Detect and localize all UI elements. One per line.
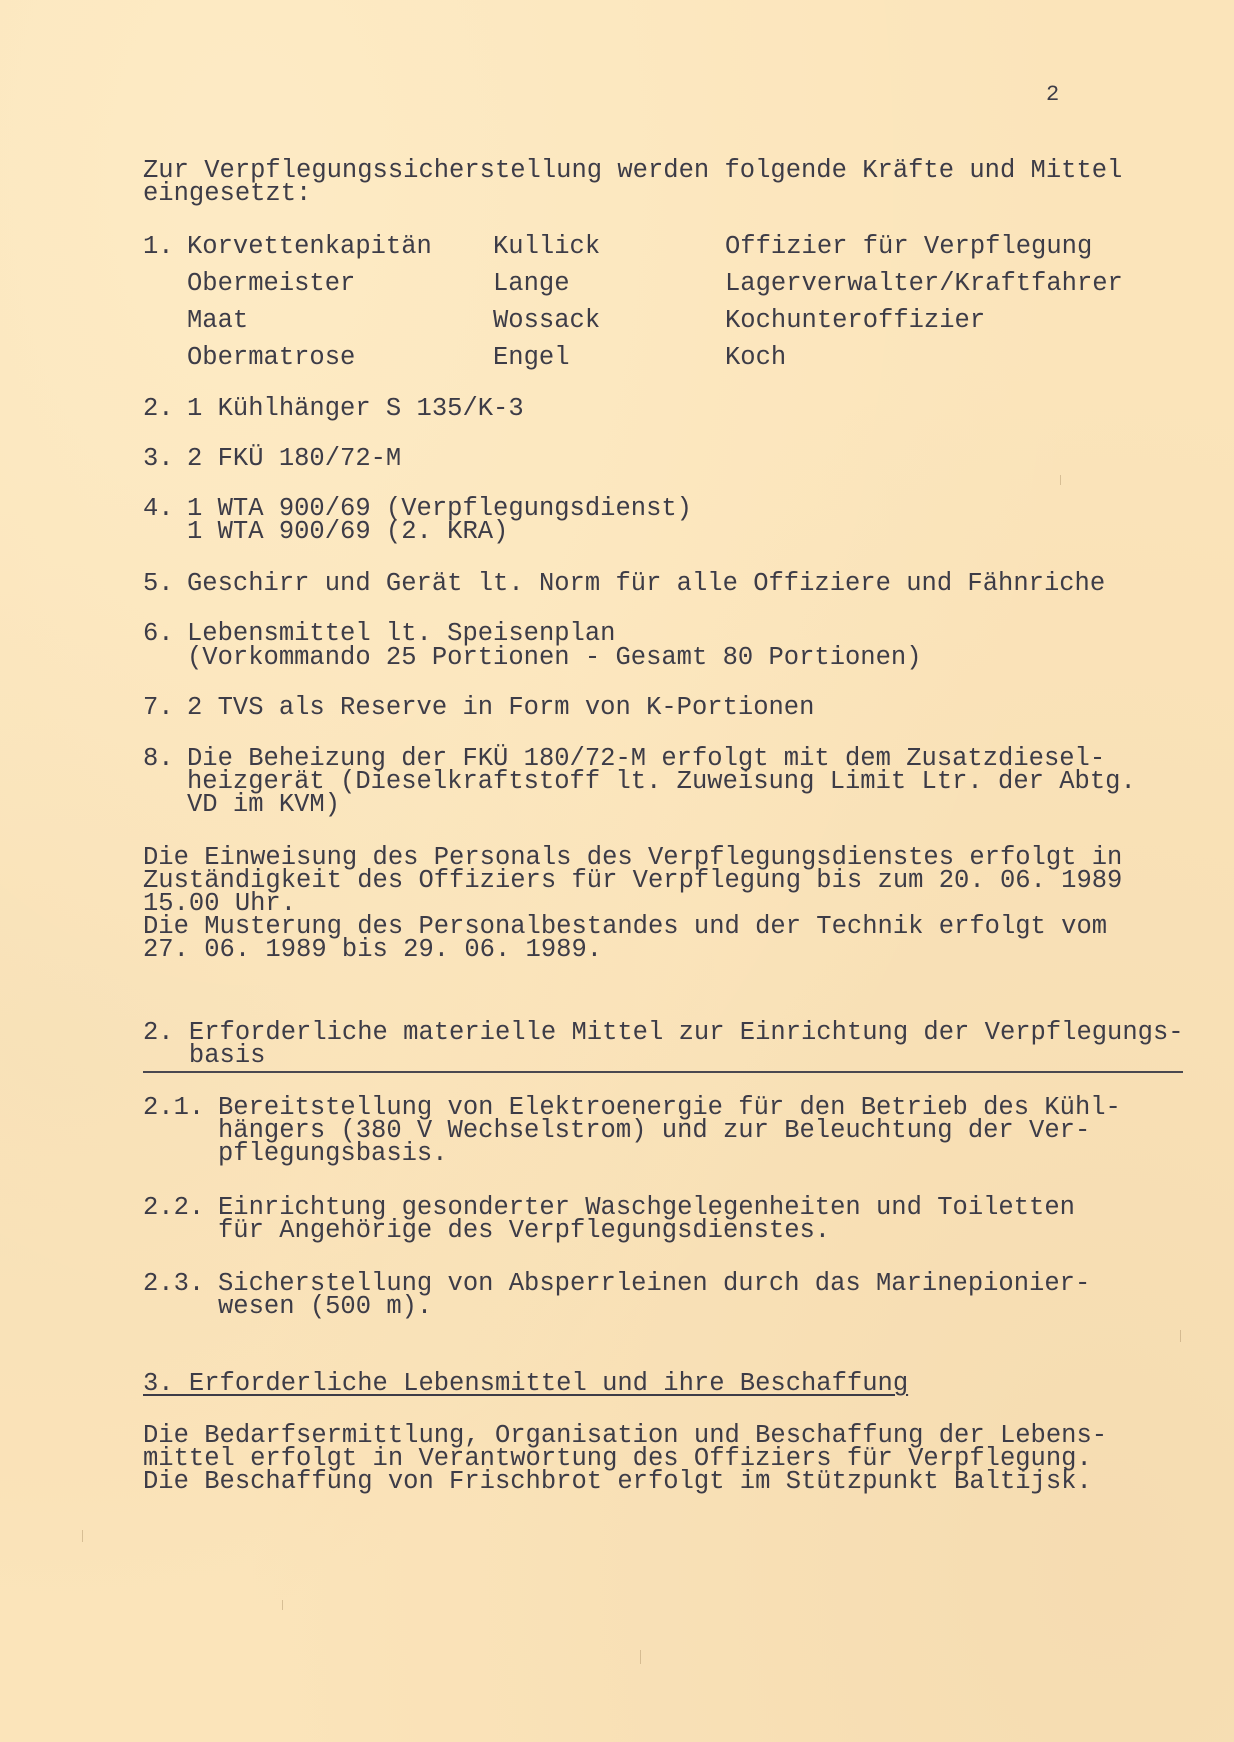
list-item-text: 1 WTA 900/69 (2. KRA) (187, 520, 508, 543)
personnel-rank: Maat (187, 309, 248, 332)
personnel-name: Engel (493, 346, 570, 369)
personnel-role: Koch (725, 346, 786, 369)
heading-line: 2. Erforderliche materielle Mittel zur E… (143, 1021, 1184, 1044)
paper-speck (82, 1530, 83, 1542)
paragraph-line: 27. 06. 1989 bis 29. 06. 1989. (143, 938, 602, 961)
list-item-number: 6. (143, 622, 174, 645)
paper-speck (1180, 1330, 1181, 1342)
personnel-rank: Obermeister (187, 272, 355, 295)
paper-speck (1060, 475, 1061, 485)
list-item-text: wesen (500 m). (218, 1295, 432, 1318)
personnel-number: 1. (143, 235, 174, 258)
list-item-text: Geschirr und Gerät lt. Norm für alle Off… (187, 572, 1105, 595)
list-item-number: 3. (143, 447, 174, 470)
page-number: 2 (1046, 82, 1059, 107)
paper-speck (282, 1600, 283, 1610)
list-item-text: 1 Kühlhänger S 135/K-3 (187, 397, 524, 420)
personnel-name: Kullick (493, 235, 600, 258)
list-item-text: für Angehörige des Verpflegungsdienstes. (218, 1219, 830, 1242)
paragraph-line: Die Beschaffung von Frischbrot erfolgt i… (143, 1470, 1092, 1493)
list-item-number: 7. (143, 696, 174, 719)
heading-line: basis (143, 1044, 265, 1067)
section-2-underline (143, 1071, 1183, 1073)
list-item-number: 5. (143, 572, 174, 595)
list-item-number: 8. (143, 747, 174, 770)
list-item-text: (Vorkommando 25 Portionen - Gesamt 80 Po… (187, 646, 922, 669)
list-item-number: 4. (143, 497, 174, 520)
personnel-name: Wossack (493, 309, 600, 332)
list-item-number: 2.3. (143, 1272, 204, 1295)
list-item-number: 2. (143, 397, 174, 420)
list-item-number: 2.1. (143, 1096, 204, 1119)
list-item-number: 2.2. (143, 1196, 204, 1219)
personnel-rank: Obermatrose (187, 346, 355, 369)
intro-line-2: eingesetzt: (143, 182, 311, 205)
personnel-role: Offizier für Verpflegung (725, 235, 1092, 258)
list-item-text: 2 FKÜ 180/72-M (187, 447, 401, 470)
personnel-role: Lagerverwalter/Kraftfahrer (725, 272, 1123, 295)
list-item-text: Lebensmittel lt. Speisenplan (187, 622, 615, 645)
personnel-name: Lange (493, 272, 570, 295)
section-3-heading: 3. Erforderliche Lebensmittel und ihre B… (143, 1372, 908, 1395)
personnel-role: Kochunteroffizier (725, 309, 985, 332)
list-item-text: pflegungsbasis. (218, 1142, 448, 1165)
personnel-rank: Korvettenkapitän (187, 235, 432, 258)
list-item-text: VD im KVM) (187, 793, 340, 816)
list-item-text: 2 TVS als Reserve in Form von K-Portione… (187, 696, 814, 719)
paper-speck (640, 1650, 641, 1664)
